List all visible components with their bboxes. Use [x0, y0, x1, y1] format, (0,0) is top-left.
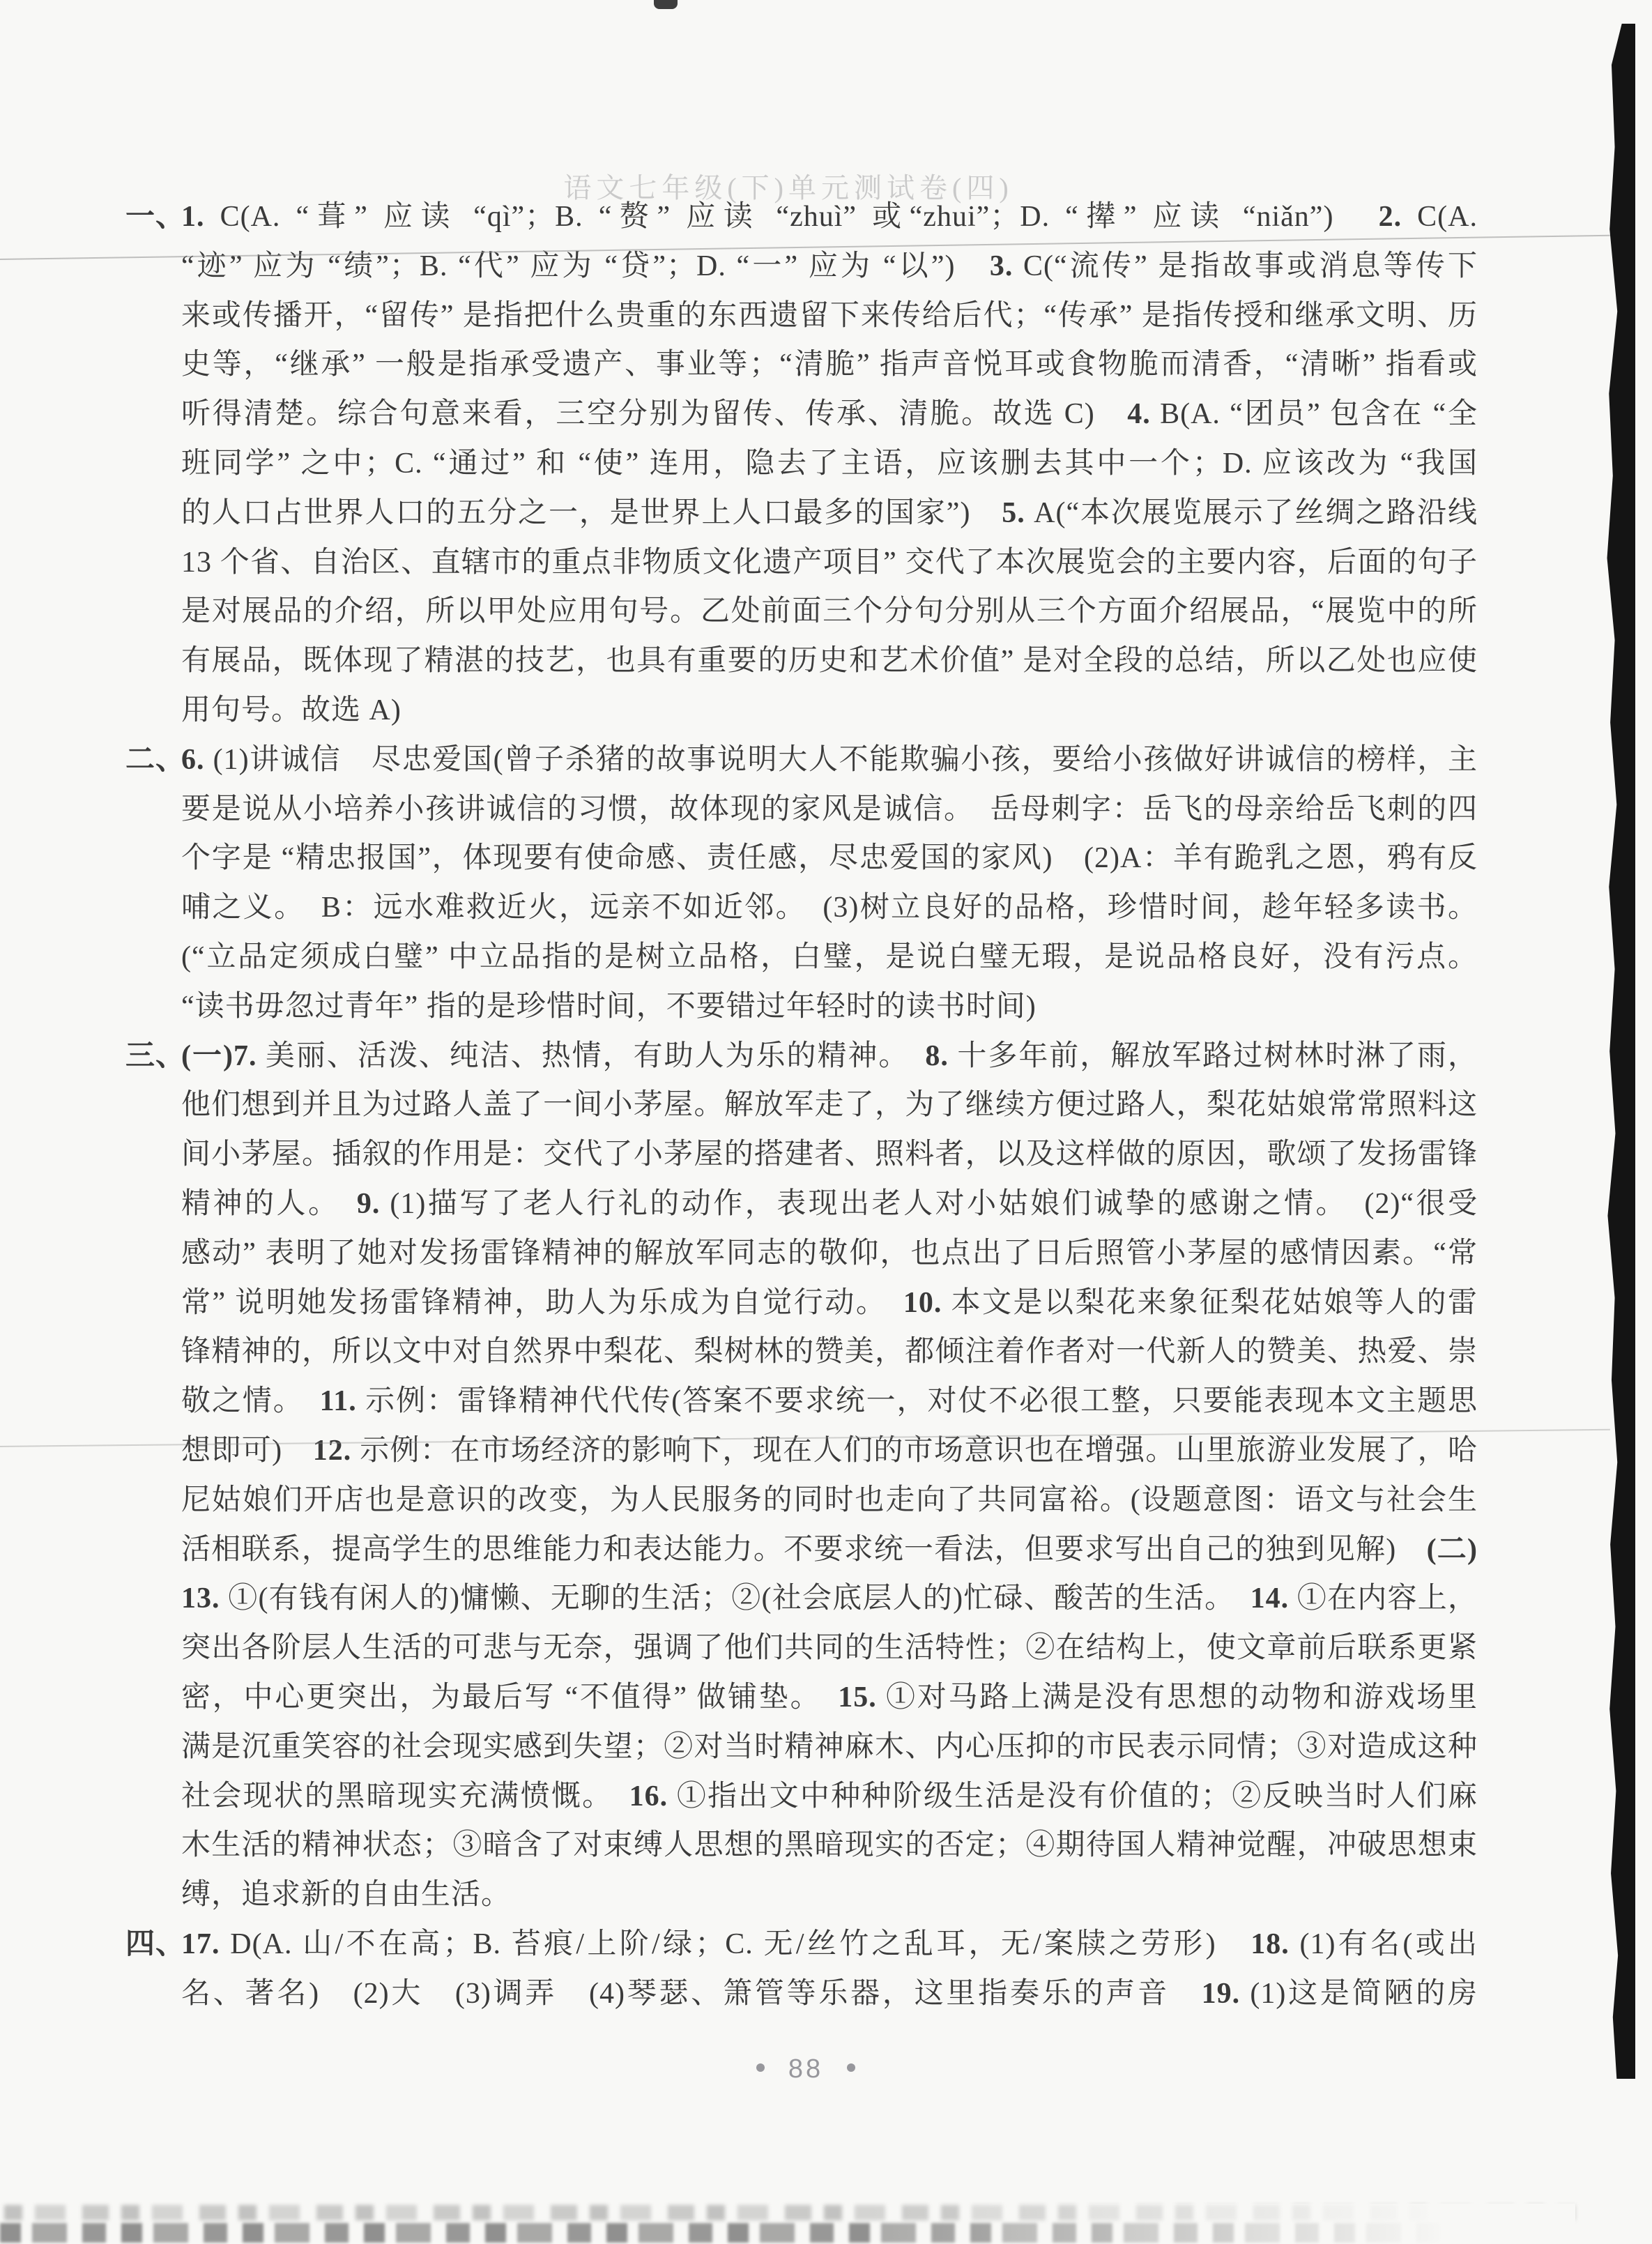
section-marker: 四、	[125, 1920, 181, 1969]
answer-line: 尼姑娘们开店也是意识的改变，为人民服务的同时也走向了共同富裕。(设题意图：语文与…	[125, 1476, 1478, 1525]
answer-line: 哺之义。 B：远水难救近火，远亲不如近邻。 (3)树立良好的品格，珍惜时间，趁年…	[125, 883, 1478, 933]
answer-line: 有展品，既体现了精湛的技艺，也具有重要的历史和艺术价值” 是对全段的总结，所以乙…	[125, 636, 1478, 686]
answer-line-text: 6. (1)讲诚信 尽忠爱国(曾子杀猪的故事说明大人不能欺骗小孩，要给小孩做好讲…	[181, 735, 1478, 785]
answer-line-text: 个字是 “精忠报国”，体现要有使命感、责任感，尽忠爱国的家风) (2)A：羊有跪…	[181, 834, 1478, 883]
answer-line: 13. ①(有钱有闲人的)慵懒、无聊的生活；②(社会底层人的)忙碌、酸苦的生活。…	[125, 1574, 1478, 1624]
answer-line: 感动” 表明了她对发扬雷锋精神的解放军同志的敬仰，也点出了日后照管小茅屋的感情因…	[125, 1229, 1478, 1279]
answer-line-text: 想即可) 12. 示例：在市场经济的影响下，现在人们的市场意识也在增强。山里旅游…	[181, 1426, 1478, 1476]
answer-line-text: 间小茅屋。插叙的作用是：交代了小茅屋的搭建者、照料者，以及这样做的原因，歌颂了发…	[181, 1130, 1478, 1180]
answer-line-text: 社会现状的黑暗现实充满愤慨。 16. ①指出文中种种阶级生活是没有价值的；②反映…	[181, 1772, 1478, 1822]
page-number-value: 88	[788, 2054, 823, 2084]
answer-line: 用句号。故选 A)	[125, 686, 1478, 735]
answer-line-text: 班同学” 之中；C. “通过” 和 “使” 连用，隐去了主语，应该删去其中一个；…	[181, 439, 1478, 489]
page-number-left-dot-icon	[756, 2063, 765, 2072]
answer-line: 常” 说明她发扬雷锋精神，助人为乐成为自觉行动。 10. 本文是以梨花来象征梨花…	[125, 1279, 1478, 1328]
answer-line-text: 敬之情。 11. 示例：雷锋精神代代传(答案不要求统一，对仗不必很工整，只要能表…	[181, 1377, 1478, 1426]
answer-line-text: 是对展品的介绍，所以甲处应用句号。乙处前面三个分句分别从三个方面介绍展品，“展览…	[181, 587, 1478, 636]
answer-line-text: “读书毋忽过青年” 指的是珍惜时间，不要错过年轻时的读书时间)	[181, 982, 1478, 1032]
answer-line: 缚，追求新的自由生活。	[125, 1870, 1478, 1920]
answer-line: 想即可) 12. 示例：在市场经济的影响下，现在人们的市场意识也在增强。山里旅游…	[125, 1426, 1478, 1476]
answer-line-text: 木生活的精神状态；③暗含了对束缚人思想的黑暗现实的否定；④期待国人精神觉醒，冲破…	[181, 1821, 1478, 1870]
answer-line-text: 17. D(A. 山/不在高；B. 苔痕/上阶/绿；C. 无/丝竹之乱耳，无/案…	[181, 1920, 1478, 1969]
answer-line: 个字是 “精忠报国”，体现要有使命感、责任感，尽忠爱国的家风) (2)A：羊有跪…	[125, 834, 1478, 883]
answer-line: 活相联系，提高学生的思维能力和表达能力。不要求统一看法，但要求写出自己的独到见解…	[125, 1525, 1478, 1575]
ghost-text-fade	[0, 2204, 1575, 2244]
answer-line-text: 的人口占世界人口的五分之一，是世界上人口最多的国家”) 5. A(“本次展览展示…	[181, 489, 1478, 538]
answers-text-block: 一、1. C(A. “葺” 应读 “qì”；B. “赘” 应读 “zhuì” 或…	[125, 192, 1478, 2018]
answer-line-text: 满是沉重笑容的社会现实感到失望；②对当时精神麻木、内心压抑的市民表示同情；③对造…	[181, 1723, 1478, 1772]
answer-line-text: 锋精神的，所以文中对自然界中梨花、梨树林的赞美，都倾注着作者对一代新人的赞美、热…	[181, 1327, 1478, 1377]
answer-line: 来或传播开，“留传” 是指把什么贵重的东西遗留下来传给后代；“传承” 是指传授和…	[125, 291, 1478, 341]
answer-line-text: 活相联系，提高学生的思维能力和表达能力。不要求统一看法，但要求写出自己的独到见解…	[181, 1525, 1478, 1575]
answer-line: “读书毋忽过青年” 指的是珍惜时间，不要错过年轻时的读书时间)	[125, 982, 1478, 1032]
answer-line-text: 密，中心更突出，为最后写 “不值得” 做铺垫。 15. ①对马路上满是没有思想的…	[181, 1673, 1478, 1723]
answer-line: 一、1. C(A. “葺” 应读 “qì”；B. “赘” 应读 “zhuì” 或…	[125, 192, 1478, 242]
answer-line-text: 听得清楚。综合句意来看，三空分别为留传、传承、清脆。故选 C) 4. B(A. …	[181, 390, 1478, 439]
answer-line-text: “迹” 应为 “绩”；B. “代” 应为 “贷”；D. “一” 应为 “以”) …	[181, 242, 1478, 291]
answer-line: 精神的人。 9. (1)描写了老人行礼的动作，表现出老人对小姑娘们诚挚的感谢之情…	[125, 1180, 1478, 1229]
answer-line-text: (一)7. 美丽、活泼、纯洁、热情，有助人为乐的精神。 8. 十多年前，解放军路…	[181, 1032, 1478, 1081]
answer-line: 突出各阶层人生活的可悲与无奈，强调了他们共同的生活特性；②在结构上，使文章前后联…	[125, 1624, 1478, 1673]
section-marker: 一、	[125, 192, 181, 242]
answer-line: 是对展品的介绍，所以甲处应用句号。乙处前面三个分句分别从三个方面介绍展品，“展览…	[125, 587, 1478, 636]
answer-line: 密，中心更突出，为最后写 “不值得” 做铺垫。 15. ①对马路上满是没有思想的…	[125, 1673, 1478, 1723]
answer-line-text: 突出各阶层人生活的可悲与无奈，强调了他们共同的生活特性；②在结构上，使文章前后联…	[181, 1624, 1478, 1673]
answer-line: 满是沉重笑容的社会现实感到失望；②对当时精神麻木、内心压抑的市民表示同情；③对造…	[125, 1723, 1478, 1772]
scan-speck	[654, 0, 678, 9]
answer-line-text: 缚，追求新的自由生活。	[181, 1870, 1478, 1920]
answer-line: 要是说从小培养小孩讲诚信的习惯，故体现的家风是诚信。 岳母刺字：岳飞的母亲给岳飞…	[125, 785, 1478, 834]
answer-line-text: 感动” 表明了她对发扬雷锋精神的解放军同志的敬仰，也点出了日后照管小茅屋的感情因…	[181, 1229, 1478, 1279]
answer-line-text: 有展品，既体现了精湛的技艺，也具有重要的历史和艺术价值” 是对全段的总结，所以乙…	[181, 636, 1478, 686]
scanned-answer-page: { "theme":{ "paper":"#f8f8f6", "ink":"#3…	[0, 0, 1652, 2244]
answer-line: 听得清楚。综合句意来看，三空分别为留传、传承、清脆。故选 C) 4. B(A. …	[125, 390, 1478, 439]
answer-line: 三、(一)7. 美丽、活泼、纯洁、热情，有助人为乐的精神。 8. 十多年前，解放…	[125, 1032, 1478, 1081]
answer-line-text: 哺之义。 B：远水难救近火，远亲不如近邻。 (3)树立良好的品格，珍惜时间，趁年…	[181, 883, 1478, 933]
answer-line-text: 史等，“继承” 一般是指承受遗产、事业等；“清脆” 指声音悦耳或食物脆而清香，“…	[181, 340, 1478, 390]
ghost-text-row	[4, 2205, 1575, 2220]
answer-line-text: 要是说从小培养小孩讲诚信的习惯，故体现的家风是诚信。 岳母刺字：岳飞的母亲给岳飞…	[181, 785, 1478, 834]
torn-edge-bar	[1603, 24, 1635, 2079]
answer-line: 二、6. (1)讲诚信 尽忠爱国(曾子杀猪的故事说明大人不能欺骗小孩，要给小孩做…	[125, 735, 1478, 785]
answer-line-text: 精神的人。 9. (1)描写了老人行礼的动作，表现出老人对小姑娘们诚挚的感谢之情…	[181, 1180, 1478, 1229]
answer-line: 社会现状的黑暗现实充满愤慨。 16. ①指出文中种种阶级生活是没有价值的；②反映…	[125, 1772, 1478, 1822]
answer-line-text: 他们想到并且为过路人盖了一间小茅屋。解放军走了，为了继续方便过路人，梨花姑娘常常…	[181, 1081, 1478, 1130]
answer-line: “迹” 应为 “绩”；B. “代” 应为 “贷”；D. “一” 应为 “以”) …	[125, 242, 1478, 291]
answer-line: 间小茅屋。插叙的作用是：交代了小茅屋的搭建者、照料者，以及这样做的原因，歌颂了发…	[125, 1130, 1478, 1180]
answer-line-text: 1. C(A. “葺” 应读 “qì”；B. “赘” 应读 “zhuì” 或“z…	[181, 192, 1478, 242]
page-number: 88	[0, 2054, 1612, 2096]
answer-line-text: 来或传播开，“留传” 是指把什么贵重的东西遗留下来传给后代；“传承” 是指传授和…	[181, 291, 1478, 341]
answer-line: 13 个省、自治区、直辖市的重点非物质文化遗产项目” 交代了本次展览会的主要内容…	[125, 538, 1478, 588]
section-marker: 二、	[125, 735, 181, 785]
answer-line: 的人口占世界人口的五分之一，是世界上人口最多的国家”) 5. A(“本次展览展示…	[125, 489, 1478, 538]
answer-line: (“立品定须成白璧” 中立品指的是树立品格，白璧，是说白璧无瑕，是说品格良好，没…	[125, 933, 1478, 982]
answer-line-text: 用句号。故选 A)	[181, 686, 1478, 735]
answer-line: 他们想到并且为过路人盖了一间小茅屋。解放军走了，为了继续方便过路人，梨花姑娘常常…	[125, 1081, 1478, 1130]
page-number-right-dot-icon	[847, 2063, 855, 2072]
answer-line: 史等，“继承” 一般是指承受遗产、事业等；“清脆” 指声音悦耳或食物脆而清香，“…	[125, 340, 1478, 390]
answer-line: 班同学” 之中；C. “通过” 和 “使” 连用，隐去了主语，应该删去其中一个；…	[125, 439, 1478, 489]
answer-line-text: (“立品定须成白璧” 中立品指的是树立品格，白璧，是说白璧无瑕，是说品格良好，没…	[181, 933, 1478, 982]
ghost-text-row	[0, 2223, 1575, 2243]
answer-line: 名、著名) (2)大 (3)调弄 (4)琴瑟、箫管等乐器，这里指奏乐的声音 19…	[125, 1969, 1478, 2019]
answer-line: 敬之情。 11. 示例：雷锋精神代代传(答案不要求统一，对仗不必很工整，只要能表…	[125, 1377, 1478, 1426]
answer-line-text: 尼姑娘们开店也是意识的改变，为人民服务的同时也走向了共同富裕。(设题意图：语文与…	[181, 1476, 1478, 1525]
answer-line-text: 13. ①(有钱有闲人的)慵懒、无聊的生活；②(社会底层人的)忙碌、酸苦的生活。…	[181, 1574, 1478, 1624]
bleedthrough-ghost-text	[0, 2204, 1575, 2244]
answer-line: 四、17. D(A. 山/不在高；B. 苔痕/上阶/绿；C. 无/丝竹之乱耳，无…	[125, 1920, 1478, 1969]
answer-line-text: 常” 说明她发扬雷锋精神，助人为乐成为自觉行动。 10. 本文是以梨花来象征梨花…	[181, 1279, 1478, 1328]
answer-line-text: 13 个省、自治区、直辖市的重点非物质文化遗产项目” 交代了本次展览会的主要内容…	[181, 538, 1478, 588]
answer-line-text: 名、著名) (2)大 (3)调弄 (4)琴瑟、箫管等乐器，这里指奏乐的声音 19…	[181, 1969, 1478, 2019]
answer-line: 木生活的精神状态；③暗含了对束缚人思想的黑暗现实的否定；④期待国人精神觉醒，冲破…	[125, 1821, 1478, 1870]
answer-line: 锋精神的，所以文中对自然界中梨花、梨树林的赞美，都倾注着作者对一代新人的赞美、热…	[125, 1327, 1478, 1377]
section-marker: 三、	[125, 1032, 181, 1081]
